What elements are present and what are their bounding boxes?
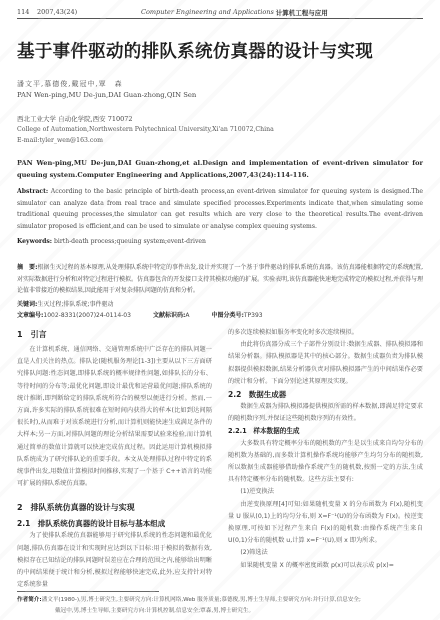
- document-code: 文献标识码:A: [153, 310, 190, 319]
- method-2-paragraph: 如果随机变量 X 的概率密度函数 p(x)可以表示成 p(x)=: [228, 560, 423, 572]
- section-2-1-paragraph: 为了使排队系统仿真器能够用于研究排队系统的性态问题和最优化问题,排队仿真器在设计…: [17, 530, 212, 591]
- running-header: 114 2007,43(24) Computer Engineering and…: [17, 6, 423, 19]
- continued-paragraph: 的多次连续模拟如服务率变化时多次连续模拟。: [228, 327, 423, 339]
- keywords-cn-label: 关键词:: [17, 301, 37, 308]
- method-1-label: (1)逆变换法: [228, 486, 423, 498]
- article-number-label: 文章编号:: [17, 312, 43, 319]
- section-2-heading: 2 排队系统仿真器的设计与实现: [17, 501, 212, 514]
- classification-value: TP393: [244, 312, 263, 319]
- classification-number: 中图分类号:TP393: [211, 310, 262, 319]
- document-code-label: 文献标识码:: [153, 312, 185, 319]
- article-number-value: 1002-8331(2007)24-0114-03: [43, 312, 131, 319]
- footnote-divider: [17, 591, 159, 592]
- method-1-paragraph: 由逆变换原理[4]可知:如果随机变量 X 的分布函数为 F(x),随机变量 U …: [228, 499, 423, 548]
- section-1-paragraph: 在计算机系统、通信网络、交通管理系统中广泛存在的排队问题一直是人们关注的热点。排…: [17, 344, 212, 490]
- keywords-en: Keywords: birth-death process;queuing sy…: [17, 238, 206, 245]
- classification-label: 中图分类号:: [211, 312, 243, 319]
- article-number: 文章编号:1002-8331(2007)24-0114-03: [17, 310, 131, 319]
- components-paragraph: 由此将仿真器分成三个子部件分别设计:数据生成器、排队模拟器和结果分析器。排队模拟…: [228, 339, 423, 388]
- author-footnote: 作者简介:潘文平(1980-),男,博士研究生,主要研究方向:计算机网络,Web…: [17, 595, 423, 616]
- document-code-value: A: [185, 312, 189, 319]
- journal-name-en: Computer Engineering and Applications: [141, 8, 274, 16]
- abstract-cn-text: 根据生灭过程的基本原理,从处理排队系统中特定的事件出发,设计并实现了一个基于事件…: [17, 264, 423, 294]
- footnote-text-1: 潘文平(1980-),男,博士研究生,主要研究方向:计算机网络,Web 服务质量…: [42, 597, 361, 603]
- footnote-label: 作者简介:: [17, 597, 42, 603]
- footnote-line-1: 作者简介:潘文平(1980-),男,博士研究生,主要研究方向:计算机网络,Web…: [17, 595, 423, 606]
- right-column: 的多次连续模拟如服务率变化时多次连续模拟。 由此将仿真器分成三个子部件分别设计:…: [228, 327, 423, 572]
- abstract-text: According to the basic principle of birt…: [17, 188, 423, 230]
- keywords-cn-text: 生灭过程;排队系统;事件驱动: [37, 301, 113, 308]
- paper-title: 基于事件驱动的排队系统仿真器的设计与实现: [17, 38, 373, 63]
- method-2-label: (2)筛选法: [228, 547, 423, 559]
- article-metadata: 文章编号:1002-8331(2007)24-0114-03 文献标识码:A 中…: [17, 310, 263, 319]
- keywords-cn: 关键词:生灭过程;排队系统;事件驱动: [17, 299, 113, 308]
- footnote-line-2: 戴冠中,男,博士生导师,主要研究方向:计算机控制,信息安全;覃森,男,博士研究生…: [17, 606, 423, 617]
- section-2-1-heading: 2.1 排队系统仿真器的设计目标与基本组成: [17, 517, 212, 530]
- volume-issue: 2007,43(24): [37, 8, 141, 16]
- affiliation-en: College of Automation,Northwestern Polyt…: [17, 126, 274, 133]
- authors-en: PAN Wen-ping,MU De-jun,DAI Guan-zhong,QI…: [17, 91, 196, 99]
- section-2-2-paragraph: 数据生成器为排队模拟器提供模拟所需的样本数据,即满足特定要求的随机数序列,并保证…: [228, 401, 423, 425]
- abstract-en: Abstract: According to the basic princip…: [17, 186, 423, 232]
- author-email: E-mail:tyler_wen@163.com: [17, 137, 103, 144]
- section-2-2-heading: 2.2 数据生成器: [228, 388, 423, 401]
- abstract-cn: 摘 要:根据生灭过程的基本原理,从处理排队系统中特定的事件出发,设计并实现了一个…: [17, 262, 423, 297]
- paper-page: 114 2007,43(24) Computer Engineering and…: [0, 0, 440, 620]
- section-gap: [17, 490, 212, 500]
- abstract-cn-label: 摘 要:: [17, 264, 37, 271]
- abstract-label: Abstract:: [17, 188, 48, 195]
- journal-name-cn: 计算机工程与应用: [276, 8, 328, 17]
- section-1-heading: 1 引言: [17, 328, 212, 341]
- authors-cn: 潘文平,慕德俊,戴冠中,覃 森: [17, 79, 123, 89]
- left-column: 1 引言 在计算机系统、通信网络、交通管理系统中广泛存在的排队问题一直是人们关注…: [17, 327, 212, 591]
- section-2-2-1-paragraph: 大多数具有特定概率分布的随机数的产生是以生成来自均匀分布的随机数为基础的,而多数…: [228, 438, 423, 487]
- citation: PAN Wen-ping,MU De-jun,DAI Guan-zhong,et…: [17, 157, 423, 181]
- section-2-2-1-heading: 2.2.1 样本数据的生成: [228, 425, 423, 437]
- affiliation-cn: 西北工业大学 自动化学院,西安 710072: [17, 114, 133, 123]
- keywords-text: birth-death process;queuing system;event…: [52, 238, 206, 245]
- page-number: 114: [17, 8, 37, 16]
- keywords-label: Keywords:: [17, 238, 52, 245]
